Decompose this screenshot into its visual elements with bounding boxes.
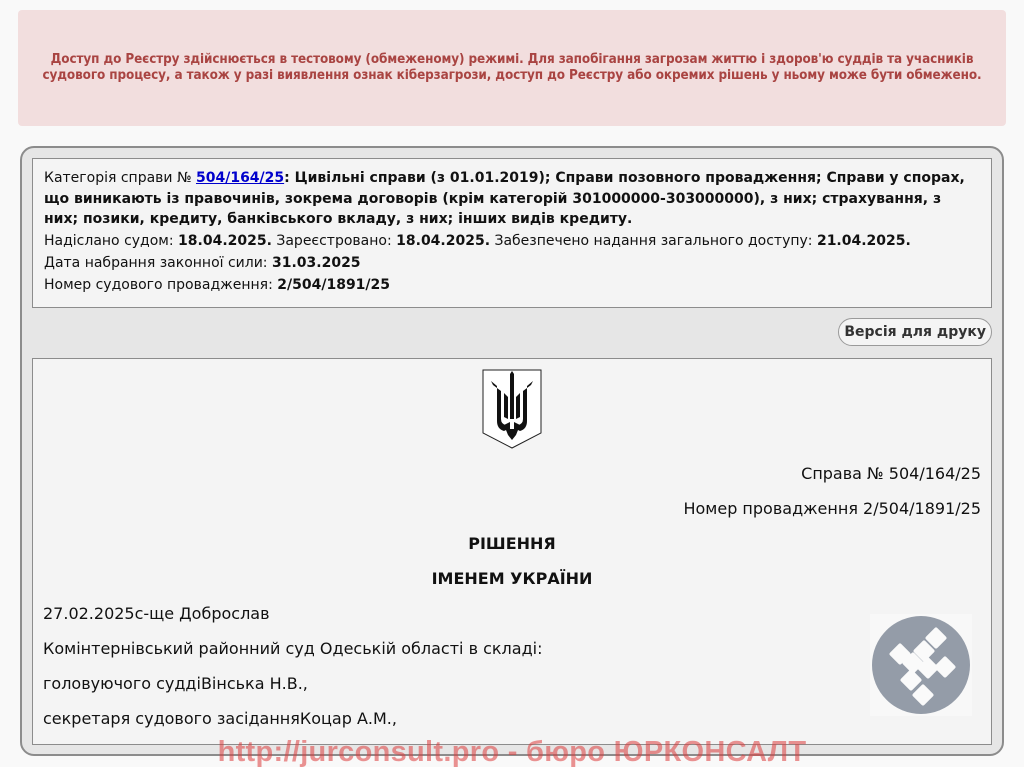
decision-container: Категорія справи № 504/164/25: Цивільні … xyxy=(20,146,1004,756)
public-access-label: Забезпечено надання загального доступу: xyxy=(490,233,817,249)
warning-text: Доступ до Реєстру здійснюється в тестово… xyxy=(34,52,990,84)
decision-document: Справа № 504/164/25 Номер провадження 2/… xyxy=(32,358,992,745)
sent-label: Надіслано судом: xyxy=(44,233,178,249)
public-access-date: 21.04.2025. xyxy=(817,233,911,249)
case-category: Категорія справи № 504/164/25: Цивільні … xyxy=(44,168,980,230)
registry-warning-banner: Доступ до Реєстру здійснюється в тестово… xyxy=(18,10,1006,126)
legal-force: Дата набрання законної сили: 31.03.2025 xyxy=(44,253,980,274)
proceeding-label: Номер судового провадження: xyxy=(44,277,277,293)
case-metadata-panel: Категорія справи № 504/164/25: Цивільні … xyxy=(32,158,992,308)
watermark-text: http://jurconsult.pro - бюро ЮРКОНСАЛТ xyxy=(0,735,1024,767)
proceeding: Номер судового провадження: 2/504/1891/2… xyxy=(44,275,980,296)
legal-force-date: 31.03.2025 xyxy=(272,255,361,271)
case-number-link[interactable]: 504/164/25 xyxy=(196,170,284,186)
decision-paragraph: Комінтернівський районний суд Одеській о… xyxy=(43,639,542,658)
decision-title: РІШЕННЯ xyxy=(33,534,991,553)
ukraine-trident-emblem-icon xyxy=(482,369,542,449)
print-version-button[interactable]: Версія для друку xyxy=(838,318,992,346)
puzzle-logo-icon xyxy=(870,614,972,716)
case-dates: Надіслано судом: 18.04.2025. Зареєстрова… xyxy=(44,231,980,252)
decision-subtitle: ІМЕНЕМ УКРАЇНИ xyxy=(33,569,991,588)
registered-date: 18.04.2025. xyxy=(396,233,490,249)
registered-label: Зареєстровано: xyxy=(272,233,396,249)
legal-force-label: Дата набрання законної сили: xyxy=(44,255,272,271)
case-number-heading: Справа № 504/164/25 xyxy=(801,464,981,483)
sent-date: 18.04.2025. xyxy=(178,233,272,249)
category-label: Категорія справи № xyxy=(44,170,196,186)
proceeding-number: 2/504/1891/25 xyxy=(277,277,390,293)
decision-paragraph: секретаря судового засіданняКоцар А.М., xyxy=(43,709,397,728)
decision-paragraph: 27.02.2025с-ще Доброслав xyxy=(43,604,270,623)
decision-paragraph: головуючого суддіВінська Н.В., xyxy=(43,674,308,693)
proceeding-number-heading: Номер провадження 2/504/1891/25 xyxy=(683,499,981,518)
